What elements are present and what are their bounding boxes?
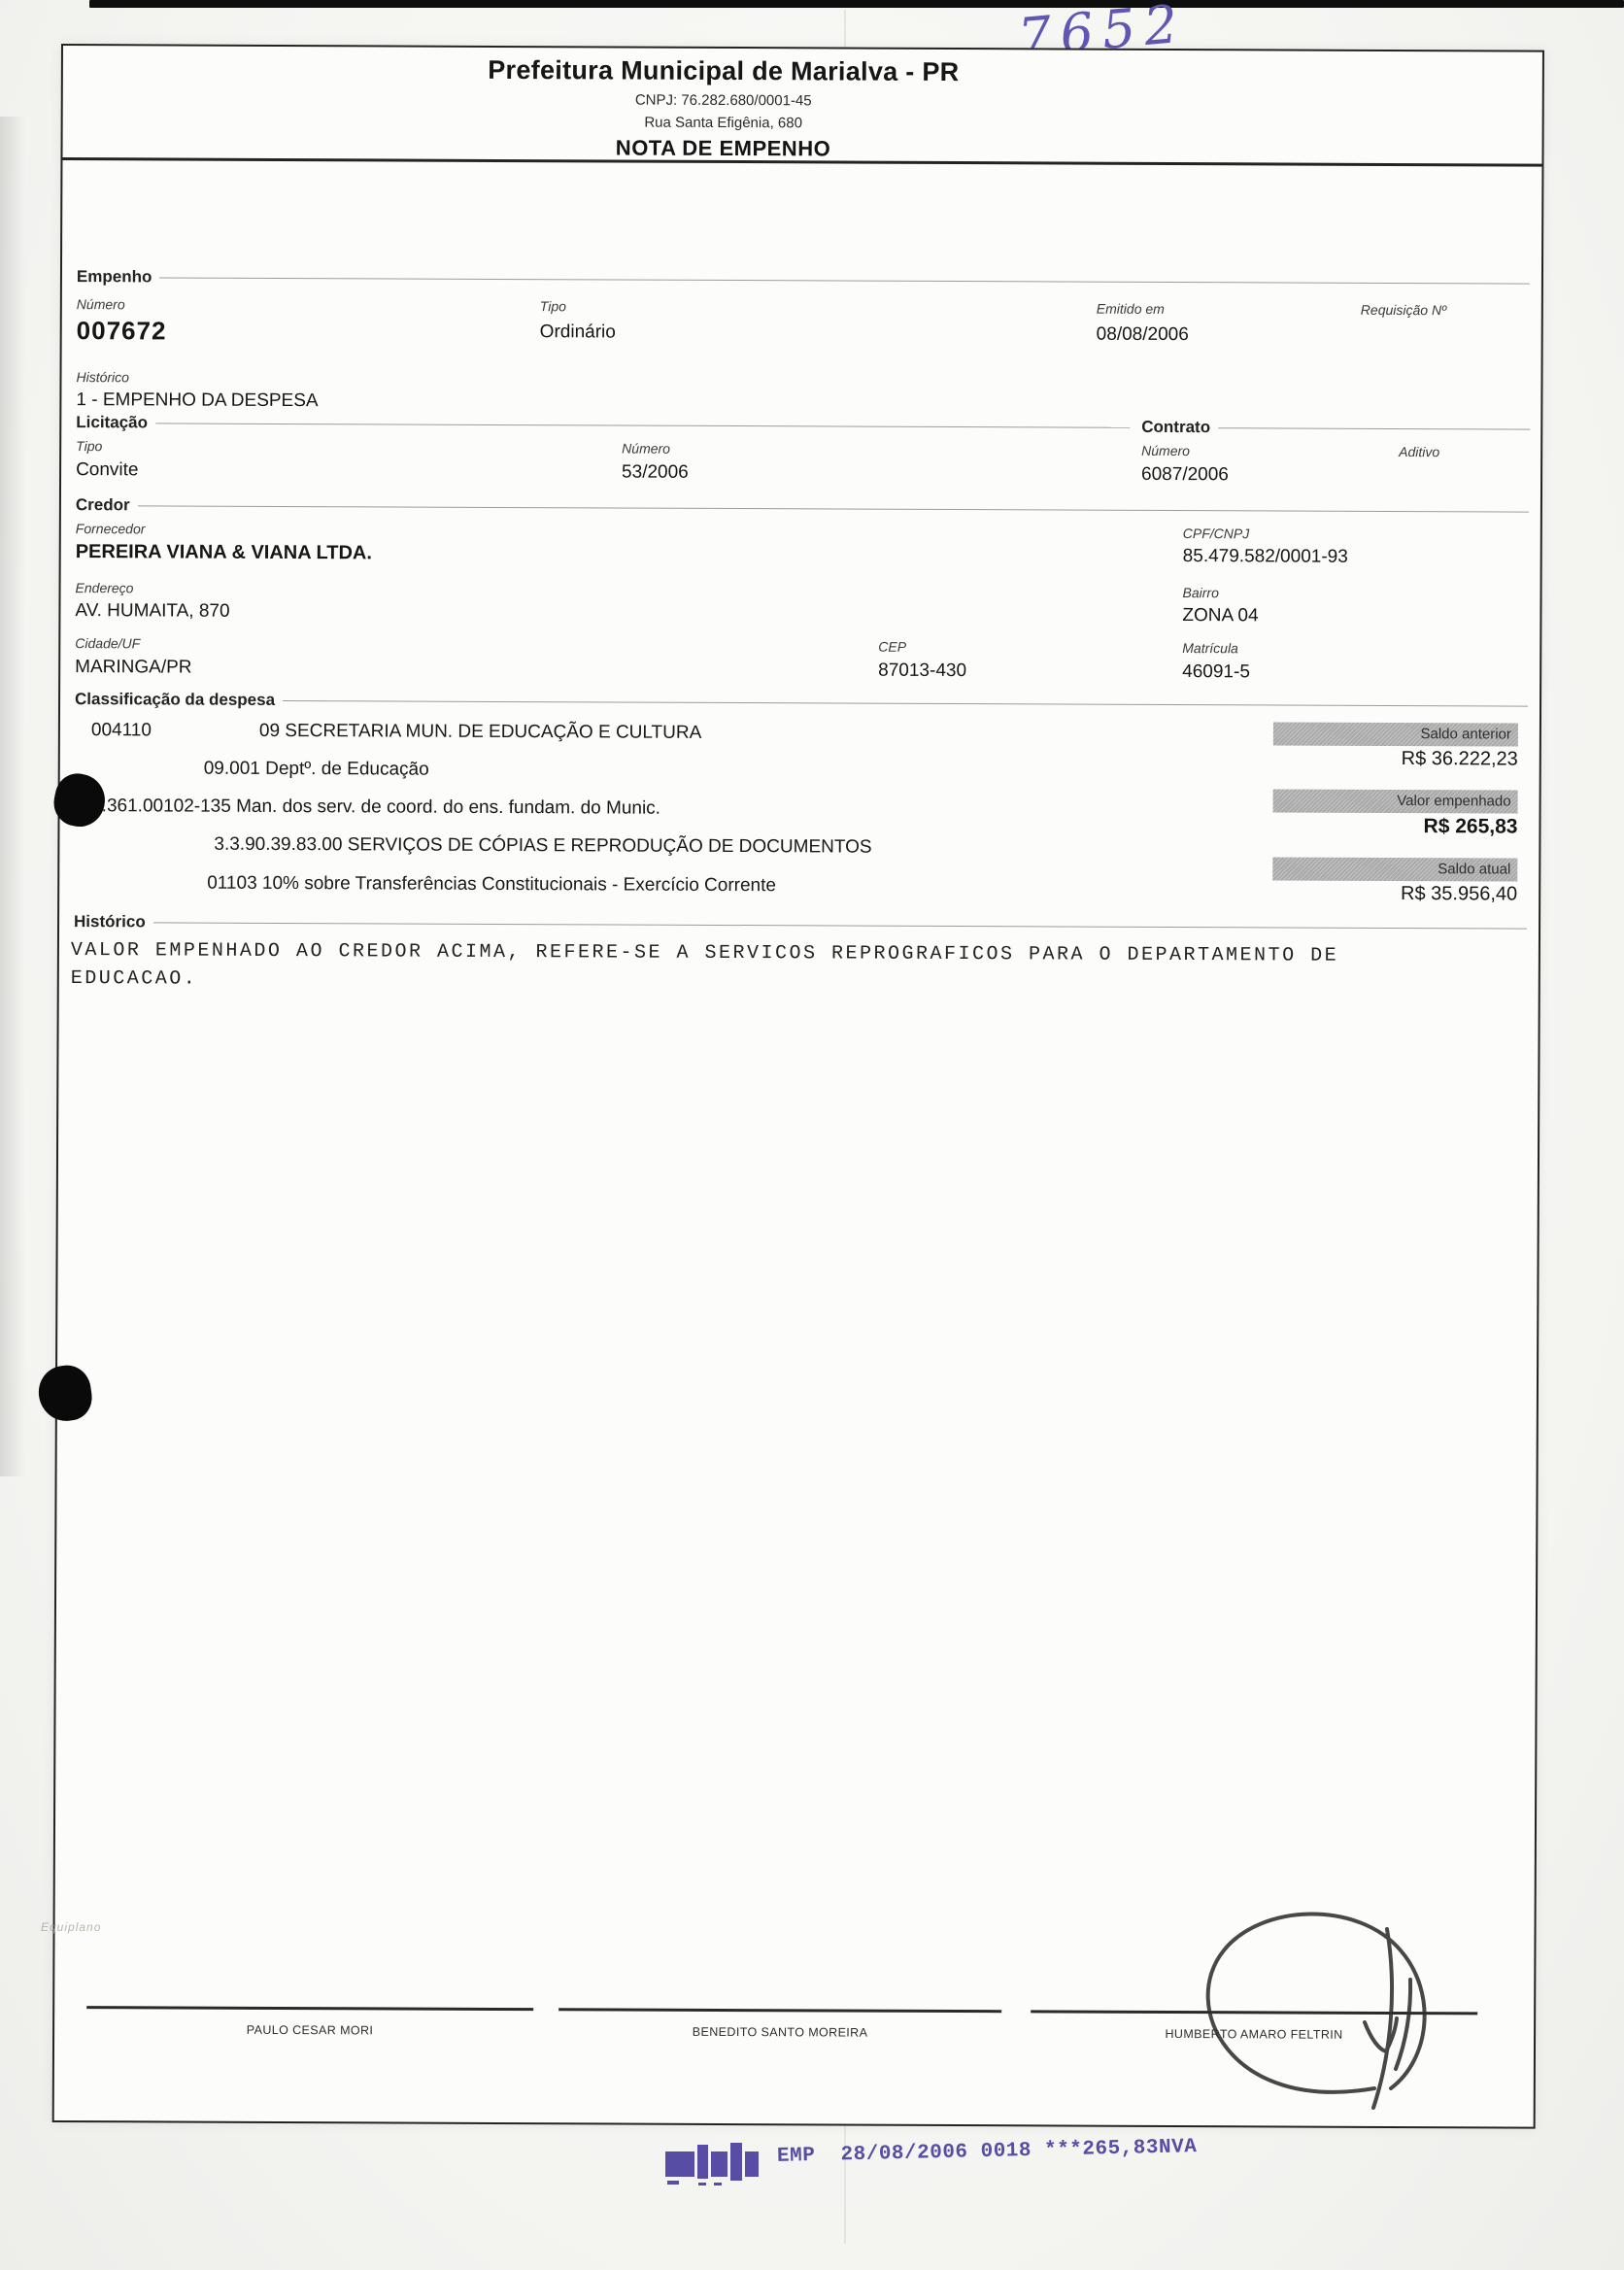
section-credor: Credor bbox=[76, 495, 1529, 522]
empenho-historico-label: Histórico bbox=[76, 369, 129, 385]
requisicao-label: Requisição Nº bbox=[1361, 302, 1446, 318]
contrato-numero-value: 6087/2006 bbox=[1141, 464, 1229, 486]
empenho-tipo-label: Tipo bbox=[540, 298, 566, 314]
signature-line-3: HUMBERTO AMARO FELTRIN bbox=[1031, 2010, 1477, 2042]
section-empenho: Empenho bbox=[77, 267, 1530, 293]
section-rule bbox=[159, 277, 1530, 284]
bairro-value: ZONA 04 bbox=[1182, 605, 1258, 627]
cidade-uf-value: MARINGA/PR bbox=[75, 657, 191, 679]
licitacao-tipo-label: Tipo bbox=[76, 438, 102, 454]
section-contrato: Contrato bbox=[1141, 418, 1530, 439]
empenho-tipo-value: Ordinário bbox=[540, 322, 616, 343]
section-classificacao: Classificação da despesa bbox=[75, 690, 1528, 716]
section-label-credor: Credor bbox=[76, 495, 130, 515]
cpf-cnpj-value: 85.479.582/0001-93 bbox=[1183, 546, 1348, 568]
section-label-classificacao: Classificação da despesa bbox=[75, 690, 275, 710]
saldo-anterior-bar: Saldo anterior bbox=[1273, 722, 1518, 746]
valor-empenhado-value: R$ 265,83 bbox=[1272, 814, 1517, 838]
section-rule bbox=[283, 700, 1528, 707]
licitacao-numero-value: 53/2006 bbox=[622, 462, 689, 484]
cep-value: 87013-430 bbox=[878, 661, 966, 682]
bairro-label: Bairro bbox=[1183, 585, 1219, 600]
scan-edge-bar bbox=[89, 0, 1624, 8]
document-header: Prefeitura Municipal de Marialva - PR CN… bbox=[62, 46, 1542, 167]
section-rule bbox=[1218, 427, 1530, 429]
section-rule bbox=[153, 922, 1527, 929]
cep-label: CEP bbox=[878, 639, 906, 655]
emitido-value: 08/08/2006 bbox=[1097, 324, 1189, 346]
section-licitacao: Licitação bbox=[76, 413, 1130, 437]
class-line-2: 09.001 Deptº. de Educação bbox=[204, 759, 429, 781]
empenho-numero-label: Número bbox=[77, 296, 125, 312]
valor-empenhado-bar: Valor empenhado bbox=[1273, 789, 1518, 813]
cpf-cnpj-label: CPF/CNPJ bbox=[1183, 525, 1250, 541]
class-line-4: 3.3.90.39.83.00 SERVIÇOS DE CÓPIAS E REP… bbox=[214, 834, 871, 859]
section-label-empenho: Empenho bbox=[77, 267, 152, 287]
signer-name-3: HUMBERTO AMARO FELTRIN bbox=[1165, 2027, 1342, 2042]
fornecedor-value: PEREIRA VIANA & VIANA LTDA. bbox=[76, 541, 372, 564]
section-label-contrato: Contrato bbox=[1141, 418, 1210, 437]
historico-body: VALOR EMPENHADO AO CREDOR ACIMA, REFERE-… bbox=[71, 936, 1423, 999]
scan-left-shadow bbox=[0, 117, 25, 1476]
contrato-numero-label: Número bbox=[1141, 443, 1190, 458]
cidade-uf-label: Cidade/UF bbox=[75, 635, 140, 651]
class-line-5: 01103 10% sobre Transferências Constituc… bbox=[207, 873, 776, 898]
org-cnpj: CNPJ: 76.282.680/0001-45 bbox=[63, 89, 1384, 112]
aditivo-label: Aditivo bbox=[1399, 444, 1439, 459]
signature-line-1: PAULO CESAR MORI bbox=[86, 2006, 533, 2038]
saldo-atual-bar: Saldo atual bbox=[1272, 857, 1517, 881]
saldo-atual-value: R$ 35.956,40 bbox=[1272, 882, 1517, 905]
section-label-licitacao: Licitação bbox=[76, 413, 148, 432]
signer-name-1: PAULO CESAR MORI bbox=[247, 2023, 374, 2038]
endereco-value: AV. HUMAITA, 870 bbox=[75, 600, 229, 623]
section-label-historico: Histórico bbox=[74, 912, 146, 932]
class-line-1-code: 004110 bbox=[91, 720, 152, 741]
matricula-value: 46091-5 bbox=[1182, 661, 1250, 683]
section-historico: Histórico bbox=[74, 912, 1527, 938]
class-line-3: 12.361.00102-135 Man. dos serv. de coord… bbox=[82, 796, 661, 820]
matricula-label: Matrícula bbox=[1182, 640, 1238, 656]
signature-line-2: BENEDITO SANTO MOREIRA bbox=[558, 2008, 1001, 2040]
fornecedor-label: Fornecedor bbox=[76, 521, 146, 536]
licitacao-numero-label: Número bbox=[622, 441, 670, 457]
class-line-1-desc: 09 SECRETARIA MUN. DE EDUCAÇÃO E CULTURA bbox=[259, 721, 701, 744]
vendor-watermark: Equiplano bbox=[41, 1920, 101, 1934]
saldo-anterior-value: R$ 36.222,23 bbox=[1273, 747, 1518, 770]
document-title: NOTA DE EMPENHO bbox=[62, 133, 1383, 164]
emitido-label: Emitido em bbox=[1097, 301, 1165, 317]
stamp-logo-icon bbox=[663, 2140, 764, 2188]
licitacao-tipo-value: Convite bbox=[76, 459, 139, 481]
signer-name-2: BENEDITO SANTO MOREIRA bbox=[693, 2025, 868, 2040]
stamp-text: EMP 28/08/2006 0018 ***265,83NVA bbox=[777, 2136, 1198, 2168]
empenho-historico-value: 1 - EMPENHO DA DESPESA bbox=[76, 390, 318, 412]
org-title: Prefeitura Municipal de Marialva - PR bbox=[63, 53, 1384, 89]
section-rule bbox=[138, 505, 1529, 512]
document-sheet: Prefeitura Municipal de Marialva - PR CN… bbox=[52, 44, 1544, 2129]
endereco-label: Endereço bbox=[76, 580, 134, 595]
section-rule bbox=[155, 423, 1130, 427]
empenho-numero-value: 007672 bbox=[77, 316, 167, 346]
org-address: Rua Santa Efigênia, 680 bbox=[63, 112, 1384, 134]
